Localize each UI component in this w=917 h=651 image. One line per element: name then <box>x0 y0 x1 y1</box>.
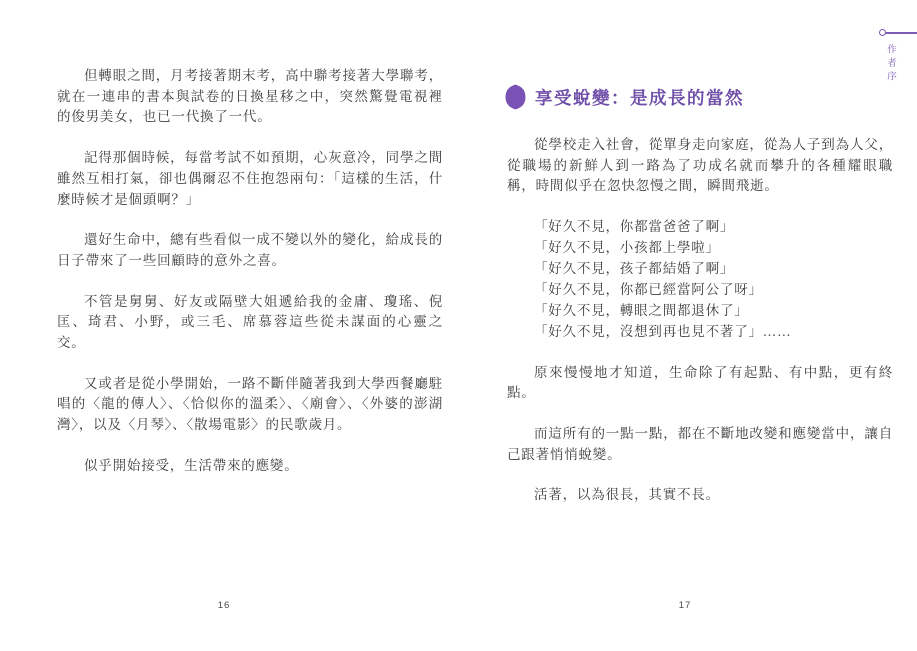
quote-line: 「好久不見，小孩都上學啦」 <box>507 238 893 259</box>
page-number-right: 17 <box>670 600 700 611</box>
paragraph: 原來慢慢地才知道，生命除了有起點、有中點，更有終點。 <box>507 363 893 404</box>
quote-line: 「好久不見，你都當爸爸了啊」 <box>507 217 893 238</box>
paragraph: 從學校走入社會，從單身走向家庭，從為人子到為人父，從職場的新鮮人到一路為了功成名… <box>507 135 893 197</box>
section-title: 享受蛻變：是成長的當然 <box>535 85 744 110</box>
quote-line: 「好久不見，沒想到再也見不著了」…… <box>507 322 893 343</box>
paragraph: 似乎開始接受，生活帶來的應變。 <box>57 456 443 477</box>
quote-line: 「好久不見，孩子都結婚了啊」 <box>507 259 893 280</box>
paragraph: 活著，以為很長，其實不長。 <box>507 485 893 506</box>
left-page: 但轉眼之間，月考接著期末考，高中聯考接著大學聯考，就在一連串的書本與試卷的日換星… <box>57 66 443 497</box>
quote-line: 「好久不見，轉眼之間都退休了」 <box>507 301 893 322</box>
tab-rule-line <box>885 32 917 34</box>
right-page: 享受蛻變：是成長的當然 從學校走入社會，從單身走向家庭，從為人子到為人父，從職場… <box>507 84 893 526</box>
paragraph: 而這所有的一點一點，都在不斷地改變和應變當中，讓自己跟著悄悄蛻變。 <box>507 424 893 465</box>
paragraph: 還好生命中，總有些看似一成不變以外的變化，給成長的日子帶來了一些回顧時的意外之喜… <box>57 230 443 271</box>
paragraph: 又或者是從小學開始，一路不斷伴隨著我到大學西餐廳駐唱的〈龍的傳人〉、〈恰似你的溫… <box>57 374 443 436</box>
quote-line: 「好久不見，你都已經當阿公了呀」 <box>507 280 893 301</box>
paragraph: 但轉眼之間，月考接著期末考，高中聯考接著大學聯考，就在一連串的書本與試卷的日換星… <box>57 66 443 128</box>
section-heading: 享受蛻變：是成長的當然 <box>505 84 893 110</box>
lemon-blob-icon <box>505 84 526 110</box>
page-number-left: 16 <box>209 600 239 611</box>
book-spread: 但轉眼之間，月考接著期末考，高中聯考接著大學聯考，就在一連串的書本與試卷的日換星… <box>0 0 917 651</box>
quote-block: 「好久不見，你都當爸爸了啊」 「好久不見，小孩都上學啦」 「好久不見，孩子都結婚… <box>507 217 893 342</box>
paragraph: 記得那個時候，每當考試不如預期，心灰意冷，同學之間雖然互相打氣，卻也偶爾忍不住抱… <box>57 148 443 210</box>
paragraph: 不管是舅舅、好友或隔壁大姐遞給我的金庸、瓊瑤、倪匡、琦君、小野，或三毛、席慕蓉這… <box>57 292 443 354</box>
author-preface-tab: 作者序 <box>883 44 897 85</box>
